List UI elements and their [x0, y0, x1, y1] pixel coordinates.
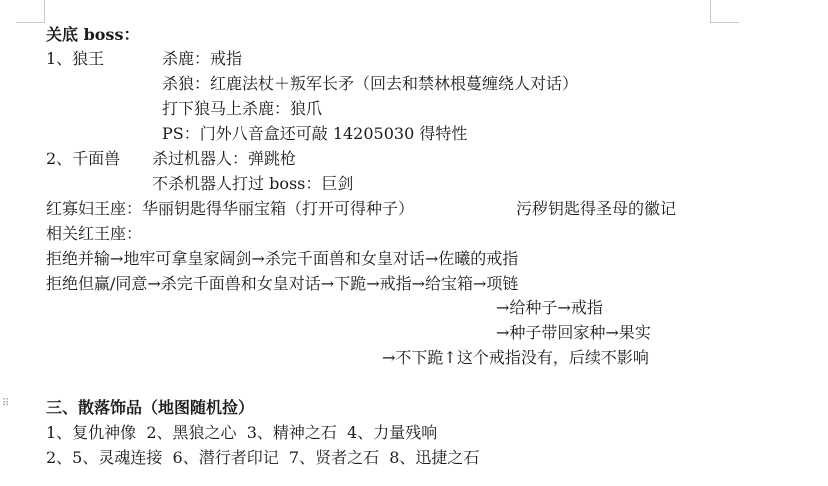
boss1-line: PS：门外八音盒还可敲 14205030 得特性: [162, 123, 467, 145]
related-line: →给种子→戒指: [496, 297, 603, 319]
drag-handle-icon[interactable]: ⠿: [2, 401, 10, 415]
throne-line-right: 污秽钥匙得圣母的徽记: [516, 198, 676, 220]
boss1-line: 打下狼马上杀鹿：狼爪: [162, 98, 322, 120]
boss2-line: 不杀机器人打过 boss：巨剑: [152, 173, 353, 195]
boss2-label: 2、千面兽: [46, 148, 120, 170]
related-title: 相关红王座：: [46, 223, 142, 245]
page-corner-mark-left: [16, 0, 45, 23]
related-line: →不下跪↑这个戒指没有，后续不影响: [382, 347, 649, 369]
related-line: 拒绝并输→地牢可拿皇家阔剑→杀完千面兽和女皇对话→佐曦的戒指: [46, 248, 518, 270]
boss1-label: 1、狼王: [46, 48, 104, 70]
boss1-line: 杀狼：红鹿法杖＋叛军长矛（回去和禁林根蔓缠绕人对话）: [162, 73, 578, 95]
boss1-line: 杀鹿：戒指: [162, 48, 242, 70]
section3-line: 2、5、灵魂连接 6、潜行者印记 7、贤者之石 8、迅捷之石: [46, 447, 479, 469]
section3-line: 1、复仇神像 2、黑狼之心 3、精神之石 4、力量残响: [46, 422, 437, 444]
related-line: →种子带回家种→果实: [496, 322, 651, 344]
related-line: 拒绝但赢/同意→杀完千面兽和女皇对话→下跪→戒指→给宝箱→项链: [46, 273, 518, 295]
page-corner-mark-right: [710, 0, 739, 23]
heading-boss: 关底 boss：: [46, 24, 139, 46]
section3-title: 三、散落饰品（地图随机捡）: [46, 397, 254, 419]
boss2-line: 杀过机器人：弹跳枪: [152, 148, 296, 170]
throne-line: 红寡妇王座：华丽钥匙得华丽宝箱（打开可得种子）: [46, 198, 414, 220]
